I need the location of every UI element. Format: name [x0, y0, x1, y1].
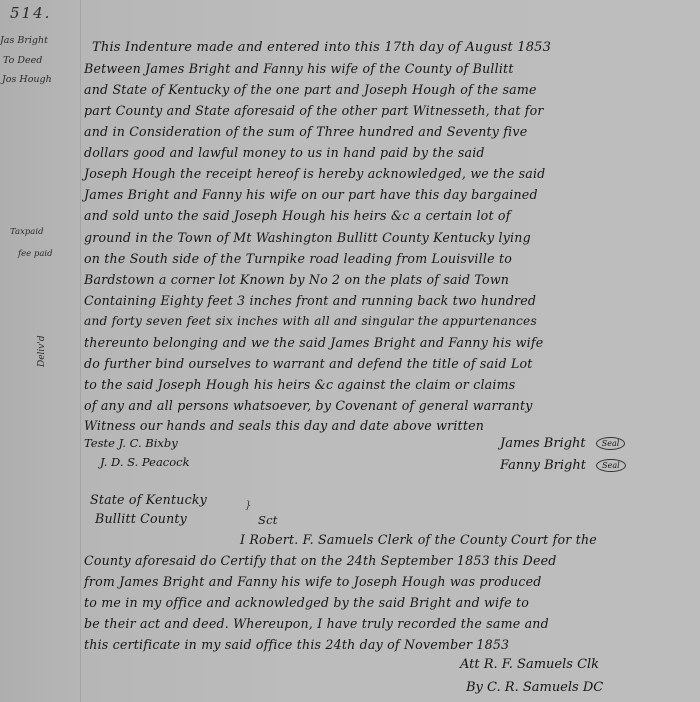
indenture-line: Containing Eighty feet 3 inches front an… [84, 293, 536, 308]
witness-block: Teste J. C. Bixby [84, 436, 178, 450]
signature-name: Fanny Bright [500, 458, 586, 473]
certificate-venue-suffix: Sct [258, 513, 278, 527]
indenture-line: on the South side of the Turnpike road l… [84, 251, 512, 266]
venue-bracket: } [245, 502, 251, 510]
certificate-line: I Robert. F. Samuels Clerk of the County… [240, 532, 597, 547]
signature-name: James Bright [500, 436, 586, 451]
indenture-line: thereunto belonging and we the said Jame… [84, 335, 543, 350]
indenture-line: Bardstown a corner lot Known by No 2 on … [84, 272, 509, 287]
indenture-line: James Bright and Fanny his wife on our p… [84, 187, 538, 202]
grantor-signature: James Bright Seal [500, 436, 625, 451]
seal-mark: Seal [596, 459, 626, 472]
margin-index-type: To Deed [3, 55, 42, 66]
witness-name: J. C. Bixby [119, 436, 178, 450]
indenture-line: This Indenture made and entered into thi… [92, 40, 551, 55]
margin-index-grantee: Jos Hough [2, 74, 52, 85]
indenture-line: to the said Joseph Hough his heirs &c ag… [84, 377, 515, 392]
certificate-line: from James Bright and Fanny his wife to … [84, 574, 542, 589]
seal-mark: Seal [596, 437, 626, 450]
deed-page: 514. Jas Bright To Deed Jos Hough Taxpai… [0, 0, 700, 702]
margin-tax-note: Taxpaid [10, 227, 44, 237]
margin-index-grantor: Jas Bright [0, 35, 48, 46]
indenture-line: Joseph Hough the receipt hereof is hereb… [84, 166, 545, 181]
indenture-line: Between James Bright and Fanny his wife … [84, 61, 514, 76]
page-number: 514. [10, 4, 51, 22]
certificate-venue-county: Bullitt County [95, 511, 187, 526]
indenture-line: ground in the Town of Mt Washington Bull… [84, 230, 531, 245]
indenture-line: of any and all persons whatsoever, by Co… [84, 398, 533, 413]
margin-fee-note: fee paid [18, 249, 53, 259]
certificate-line: to me in my office and acknowledged by t… [84, 595, 529, 610]
indenture-line: do further bind ourselves to warrant and… [84, 356, 533, 371]
indenture-line: and in Consideration of the sum of Three… [84, 124, 527, 139]
margin-rule [80, 0, 81, 702]
indenture-line: and sold unto the said Joseph Hough his … [84, 208, 511, 223]
certificate-venue-state: State of Kentucky [90, 492, 207, 507]
certificate-line: this certificate in my said office this … [84, 637, 509, 652]
margin-delivered-note: Deliv'd [37, 335, 47, 367]
indenture-line: and forty seven feet six inches with all… [84, 314, 537, 328]
certificate-line: be their act and deed. Whereupon, I have… [84, 616, 549, 631]
indenture-line: Witness our hands and seals this day and… [84, 418, 484, 433]
clerk-attest-signature: Att R. F. Samuels Clk [460, 657, 599, 672]
indenture-line: dollars good and lawful money to us in h… [84, 145, 485, 160]
deputy-clerk-signature: By C. R. Samuels DC [466, 680, 603, 695]
indenture-line: part County and State aforesaid of the o… [84, 103, 544, 118]
certificate-line: County aforesaid do Certify that on the … [84, 553, 557, 568]
grantor-signature: Fanny Bright Seal [500, 458, 626, 473]
indenture-line: and State of Kentucky of the one part an… [84, 82, 537, 97]
witness-name: J. D. S. Peacock [100, 455, 190, 469]
teste-label: Teste [84, 436, 115, 450]
